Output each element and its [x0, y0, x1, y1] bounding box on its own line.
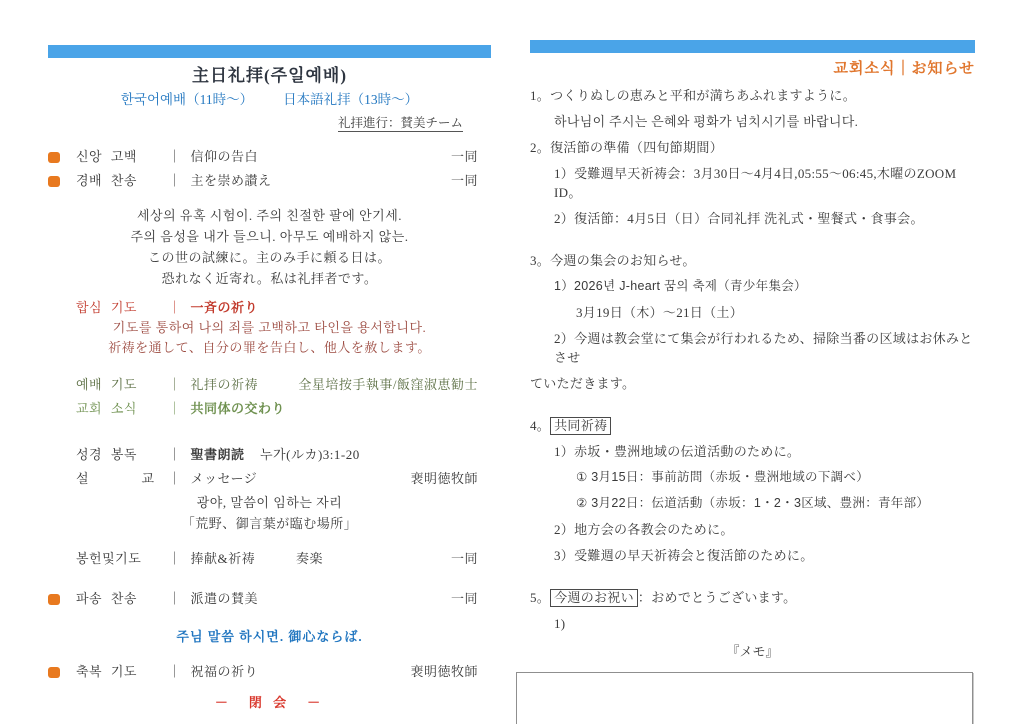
row-label-jp: 一斉の祈り — [191, 298, 259, 318]
row-performer: 裵明徳牧師 — [410, 468, 491, 490]
row-label-jp: 共同体の交わり — [191, 398, 286, 420]
announcement-3-sub2: 2）今週は教会堂にて集会が行われるため、掃除当番の区域はお休みとさせ — [530, 329, 975, 367]
orange-bullet-icon — [48, 594, 60, 605]
row-label-kr: 교회 소식 — [76, 398, 168, 420]
announcements-column: 교회소식｜お知らせ 1。つくりぬしの恵みと平和が満ちあふれますように。 하나님이… — [530, 40, 975, 724]
offering-music: 奏楽 — [296, 548, 323, 570]
row-label-kr: 봉헌및기도 — [76, 548, 168, 570]
row-label-jp: 主を崇め讃え — [191, 170, 272, 192]
row-label-jp: 派遣の賛美 — [191, 588, 259, 610]
row-scripture: 성경 봉독 ｜ 聖書朗読 누가(ルカ)3:1-20 — [48, 444, 491, 466]
announcement-1-line2: 하나님이 주시는 은혜와 평화가 넘치시기를 바랍니다. — [530, 112, 975, 131]
row-praise: 경배 찬송 ｜ 主を崇め讃え 一同 — [48, 170, 491, 192]
orange-bullet-icon — [48, 667, 60, 678]
announcement-4-circle1: ① 3月15日：事前訪問（赤坂・豊洲地域の下調べ） — [530, 468, 975, 487]
row-worship-prayer: 예배 기도 ｜ 礼拝の祈祷 全星培按手執事/飯窪淑恵勧士 — [48, 374, 491, 396]
service-time-korean: 한국어예배（11時～） — [121, 92, 253, 107]
response-line: 주님 말씀 하시면. 御心ならば. — [48, 626, 491, 645]
left-header-bar — [48, 45, 491, 58]
announcement-4-sub3: 3）受難週の早天祈祷会と復活節のために。 — [530, 546, 975, 565]
row-performer: 裵明徳牧師 — [410, 661, 491, 683]
row-label-kr: 축복 기도 — [76, 661, 168, 683]
row-sermon: 설 교 ｜ メッセージ 裵明徳牧師 — [48, 468, 491, 490]
row-label-kr: 합심 기도 — [76, 298, 168, 318]
announcement-4-circle2: ② 3月22日：伝道活動（赤坂：1・2・3区域、豊洲：青年部） — [530, 494, 975, 513]
orange-bullet-icon — [48, 152, 60, 163]
sermon-title-kr: 광야, 말씀이 임하는 자리 — [48, 492, 491, 513]
memo-box — [516, 672, 973, 724]
boxed-joint-prayer: 共同祈祷 — [550, 417, 611, 435]
sermon-title-jp: 「荒野、御言葉が臨む場所」 — [48, 513, 491, 534]
label-separator: ｜ — [168, 588, 182, 610]
announcement-4-sub2: 2）地方会の各教会のために。 — [530, 520, 975, 539]
label-separator: ｜ — [168, 146, 182, 168]
announcement-2-sub1: 1）受難週早天祈祷会：3月30日～4月4日,05:55～06:45,木曜のZOO… — [530, 164, 975, 202]
row-label-kr: 경배 찬송 — [76, 170, 168, 192]
row-label-jp: 礼拝の祈祷 — [191, 374, 259, 396]
announcement-3-title: 3。今週の集会のお知らせ。 — [530, 251, 975, 270]
service-time-japanese: 日本語礼拝（13時～） — [283, 92, 418, 107]
label-separator: ｜ — [168, 398, 182, 420]
announcement-2-title: 2。復活節の準備（四旬節期間） — [530, 138, 975, 157]
orange-bullet-icon — [48, 176, 60, 187]
row-performer: 一同 — [451, 170, 491, 192]
label-separator: ｜ — [168, 444, 182, 466]
boxed-celebration: 今週のお祝い — [550, 589, 638, 607]
row-label-kr: 설 교 — [76, 468, 168, 490]
announcement-3-sub1: 1）2026년 J-heart 꿈의 축제（青少年集会） — [530, 277, 975, 296]
row-label-kr: 성경 봉독 — [76, 444, 168, 466]
worship-title: 主日礼拝(주일예배) — [48, 65, 491, 87]
label-separator: ｜ — [168, 298, 182, 318]
memo-title: 『メモ』 — [530, 642, 975, 661]
row-label-jp: 捧献&祈祷 — [191, 548, 256, 570]
row-performer: 一同 — [451, 588, 491, 610]
row-performer: 一同 — [451, 548, 491, 570]
row-label-jp: メッセージ — [191, 468, 258, 490]
label-separator: ｜ — [168, 661, 182, 683]
announcements-title: 교회소식｜お知らせ — [530, 59, 975, 79]
union-prayer-desc-kr: 기도를 통하여 나의 죄를 고백하고 타인을 용서합니다. — [48, 318, 491, 338]
hymn-verse: 세상의 유혹 시험이. 주의 친절한 팔에 안기세. 주의 음성을 내가 들으니… — [48, 205, 491, 289]
label-separator: ｜ — [168, 468, 182, 490]
row-confession: 신앙 고백 ｜ 信仰の告白 一同 — [48, 146, 491, 168]
label-separator: ｜ — [168, 170, 182, 192]
row-label-kr: 파송 찬송 — [76, 588, 168, 610]
announcement-1-line1: 1。つくりぬしの恵みと平和が満ちあふれますように。 — [530, 86, 975, 105]
label-separator: ｜ — [168, 374, 182, 396]
closing-line: － 閉 会 － — [48, 692, 491, 711]
scripture-reference: 누가(ルカ)3:1-20 — [260, 444, 360, 466]
announcement-5-title: 5。今週のお祝い：おめでとうございます。 — [530, 588, 975, 607]
announcement-3-sub1-date: 3月19日（木）～21日（土） — [530, 303, 975, 322]
row-label-kr: 예배 기도 — [76, 374, 168, 396]
row-label-kr: 신앙 고백 — [76, 146, 168, 168]
row-church-news: 교회 소식 ｜ 共同体の交わり — [48, 398, 491, 420]
row-union-prayer: 합심 기도 ｜ 一斉の祈り — [48, 298, 491, 318]
row-performer: 全星培按手執事/飯窪淑恵勧士 — [298, 374, 491, 396]
row-label-jp: 祝福の祈り — [191, 661, 259, 683]
bulletin-page: 主日礼拝(주일예배) 한국어예배（11時～）日本語礼拝（13時～） 礼拝進行：賛… — [0, 0, 1024, 724]
right-header-bar — [530, 40, 975, 53]
row-label-jp: 信仰の告白 — [191, 146, 259, 168]
announcement-5-sub1: 1) — [530, 614, 975, 633]
announcement-4-sub1: 1）赤坂・豊洲地域の伝道活動のために。 — [530, 442, 975, 461]
announcement-2-sub2: 2）復活節：4月5日（日）合同礼拝 洗礼式・聖餐式・食事会。 — [530, 209, 975, 228]
row-benediction: 축복 기도 ｜ 祝福の祈り 裵明徳牧師 — [48, 661, 491, 683]
announcement-4-title: 4。共同祈祷 — [530, 416, 975, 435]
hymn-line: 恐れなく近寄れ。私は礼拝者です。 — [48, 268, 491, 289]
union-prayer-desc-jp: 祈祷を通して、自分の罪を告白し、他人を赦します。 — [48, 338, 491, 358]
row-label-jp: 聖書朗読 — [191, 444, 245, 466]
row-offering: 봉헌및기도 ｜ 捧献&祈祷 奏楽 一同 — [48, 548, 491, 570]
hymn-line: この世の試練に。主のみ手に頼る日は。 — [48, 247, 491, 268]
row-dispatch-hymn: 파송 찬송 ｜ 派遣の賛美 一同 — [48, 588, 491, 610]
worship-order-column: 主日礼拝(주일예배) 한국어예배（11時～）日本語礼拝（13時～） 礼拝進行：賛… — [48, 45, 491, 711]
hymn-line: 세상의 유혹 시험이. 주의 친절한 팔에 안기세. — [48, 205, 491, 226]
service-leader: 礼拝進行：賛美チーム — [48, 114, 491, 132]
hymn-line: 주의 음성을 내가 들으니. 아무도 예배하지 않는. — [48, 226, 491, 247]
row-performer: 一同 — [451, 146, 491, 168]
announcement-3-sub2-cont: ていただきます。 — [530, 374, 975, 393]
service-times: 한국어예배（11時～）日本語礼拝（13時～） — [48, 90, 491, 110]
label-separator: ｜ — [168, 548, 182, 570]
